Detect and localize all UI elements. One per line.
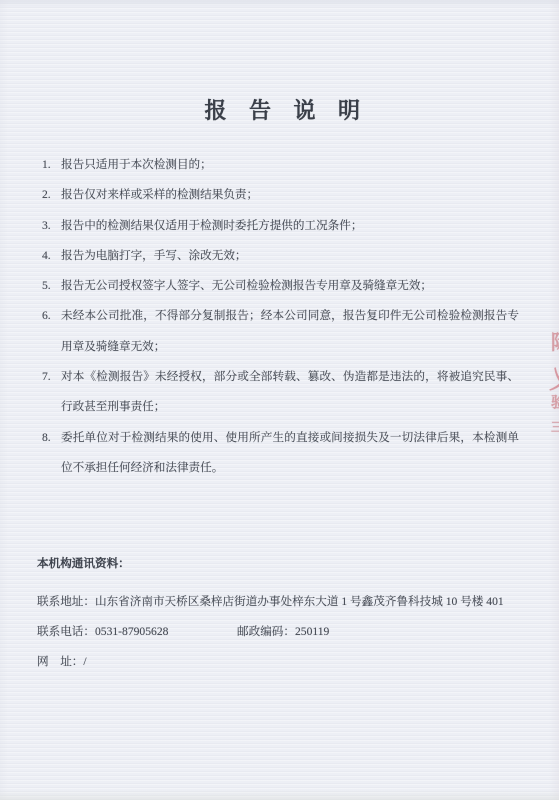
item-number: 3.: [42, 211, 61, 241]
item-text: 委托单位对于检测结果的使用、使用所产生的直接或间接损失及一切法律后果，本检测单位…: [61, 423, 519, 484]
red-seal-edge-stamp: 际 乂 验 三: [541, 325, 559, 443]
list-item: 5. 报告无公司授权签字人签字、无公司检验检测报告专用章及骑缝章无效；: [42, 271, 524, 301]
item-number: 5.: [42, 271, 61, 301]
list-item: 2. 报告仅对来样或采样的检测结果负责；: [42, 180, 524, 210]
item-text: 未经本公司批准，不得部分复制报告；经本公司同意，报告复印件无公司检验检测报告专用…: [61, 301, 519, 362]
item-text: 报告只适用于本次检测目的；: [61, 150, 519, 180]
seal-fragment-icon: 验: [551, 391, 559, 412]
postal-label: 邮政编码：: [237, 625, 295, 638]
item-number: 4.: [42, 241, 61, 271]
list-item: 4. 报告为电脑打字，手写、涂改无效；: [42, 241, 524, 271]
list-item: 7. 对本《检测报告》未经授权，部分或全部转载、篡改、伪造都是违法的，将被追究民…: [42, 362, 524, 423]
item-text: 对本《检测报告》未经授权，部分或全部转载、篡改、伪造都是违法的，将被追究民事、行…: [61, 362, 519, 423]
contact-heading: 本机构通讯资料：: [37, 549, 537, 579]
address-label: 联系地址：: [37, 595, 95, 608]
web-value: /: [83, 655, 86, 668]
item-text: 报告为电脑打字，手写、涂改无效；: [61, 241, 519, 271]
seal-fragment-icon: 乂: [549, 359, 559, 396]
list-item: 6. 未经本公司批准，不得部分复制报告；经本公司同意，报告复印件无公司检验检测报…: [42, 301, 524, 362]
phone-value: 0531-87905628: [95, 625, 168, 638]
item-text: 报告仅对来样或采样的检测结果负责；: [61, 180, 519, 210]
item-number: 8.: [42, 423, 61, 453]
item-text: 报告中的检测结果仅适用于检测时委托方提供的工况条件；: [61, 211, 519, 241]
notes-list: 1. 报告只适用于本次检测目的； 2. 报告仅对来样或采样的检测结果负责； 3.…: [42, 150, 524, 483]
contact-info-block: 本机构通讯资料： 联系地址：山东省济南市天桥区桑梓店街道办事处梓东大道 1 号鑫…: [37, 549, 537, 677]
list-item: 1. 报告只适用于本次检测目的；: [42, 150, 524, 180]
item-number: 2.: [42, 180, 61, 210]
postal-value: 250119: [295, 625, 329, 638]
list-item: 3. 报告中的检测结果仅适用于检测时委托方提供的工况条件；: [42, 211, 524, 241]
contact-web-line: 网 址：/: [37, 647, 537, 677]
contact-address-line: 联系地址：山东省济南市天桥区桑梓店街道办事处梓东大道 1 号鑫茂齐鲁科技城 10…: [37, 587, 537, 617]
phone-label: 联系电话：: [37, 625, 95, 638]
postal-part: 邮政编码：250119: [237, 625, 329, 638]
seal-fragment-icon: 际: [551, 326, 559, 355]
seal-fragment-icon: 三: [551, 418, 559, 435]
item-number: 7.: [42, 362, 61, 392]
item-text: 报告无公司授权签字人签字、无公司检验检测报告专用章及骑缝章无效；: [61, 271, 519, 301]
report-notes-page: 报 告 说 明 1. 报告只适用于本次检测目的； 2. 报告仅对来样或采样的检测…: [0, 0, 559, 800]
item-number: 1.: [42, 150, 61, 180]
web-label: 网 址：: [37, 655, 83, 668]
item-number: 6.: [42, 301, 61, 331]
address-value: 山东省济南市天桥区桑梓店街道办事处梓东大道 1 号鑫茂齐鲁科技城 10 号楼 4…: [95, 595, 504, 608]
list-item: 8. 委托单位对于检测结果的使用、使用所产生的直接或间接损失及一切法律后果，本检…: [42, 423, 524, 484]
contact-phone-line: 联系电话：0531-87905628邮政编码：250119: [37, 617, 537, 647]
phone-part: 联系电话：0531-87905628: [37, 617, 237, 647]
page-title: 报 告 说 明: [0, 94, 559, 125]
